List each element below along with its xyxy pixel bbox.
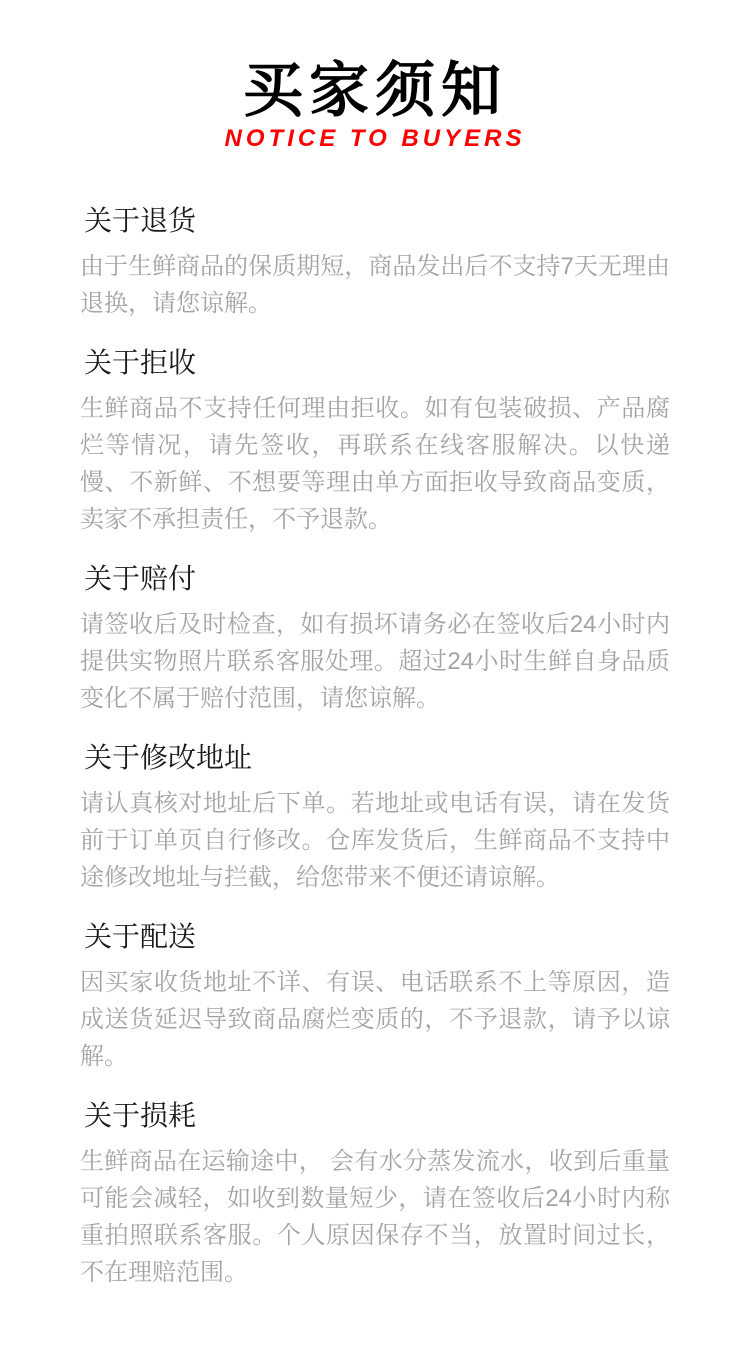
notice-section: 关于配送 因买家收货地址不详、有误、电话联系不上等原因，造成送货延迟导致商品腐烂… xyxy=(80,920,670,1075)
section-body: 由于生鲜商品的保质期短，商品发出后不支持7天无理由退换，请您谅解。 xyxy=(80,248,670,322)
section-heading: 关于拒收 xyxy=(84,346,670,380)
notice-section: 关于退货 由于生鲜商品的保质期短，商品发出后不支持7天无理由退换，请您谅解。 xyxy=(80,204,670,322)
section-body: 请签收后及时检查，如有损坏请务必在签收后24小时内提供实物照片联系客服处理。超过… xyxy=(80,606,670,717)
page-subtitle: NOTICE TO BUYERS xyxy=(0,124,750,154)
notice-section: 关于拒收 生鲜商品不支持任何理由拒收。如有包装破损、产品腐烂等情况，请先签收，再… xyxy=(80,346,670,538)
section-heading: 关于退货 xyxy=(84,204,670,238)
section-body: 生鲜商品不支持任何理由拒收。如有包装破损、产品腐烂等情况，请先签收，再联系在线客… xyxy=(80,390,670,538)
section-heading: 关于修改地址 xyxy=(84,741,670,775)
notice-section: 关于损耗 生鲜商品在运输途中， 会有水分蒸发流水，收到后重量可能会减轻，如收到数… xyxy=(80,1099,670,1291)
notice-sections: 关于退货 由于生鲜商品的保质期短，商品发出后不支持7天无理由退换，请您谅解。 关… xyxy=(80,204,670,1291)
page-title: 买家须知 xyxy=(0,58,750,124)
section-heading: 关于配送 xyxy=(84,920,670,954)
section-heading: 关于损耗 xyxy=(84,1099,670,1133)
section-body: 因买家收货地址不详、有误、电话联系不上等原因，造成送货延迟导致商品腐烂变质的，不… xyxy=(80,964,670,1075)
notice-section: 关于修改地址 请认真核对地址后下单。若地址或电话有误，请在发货前于订单页自行修改… xyxy=(80,741,670,896)
section-heading: 关于赔付 xyxy=(84,562,670,596)
page-header: 买家须知 NOTICE TO BUYERS xyxy=(0,58,750,154)
section-body: 生鲜商品在运输途中， 会有水分蒸发流水，收到后重量可能会减轻，如收到数量短少，请… xyxy=(80,1143,670,1291)
section-body: 请认真核对地址后下单。若地址或电话有误，请在发货前于订单页自行修改。仓库发货后，… xyxy=(80,785,670,896)
buyer-notice-page: 买家须知 NOTICE TO BUYERS 关于退货 由于生鲜商品的保质期短，商… xyxy=(0,0,750,1350)
notice-section: 关于赔付 请签收后及时检查，如有损坏请务必在签收后24小时内提供实物照片联系客服… xyxy=(80,562,670,717)
